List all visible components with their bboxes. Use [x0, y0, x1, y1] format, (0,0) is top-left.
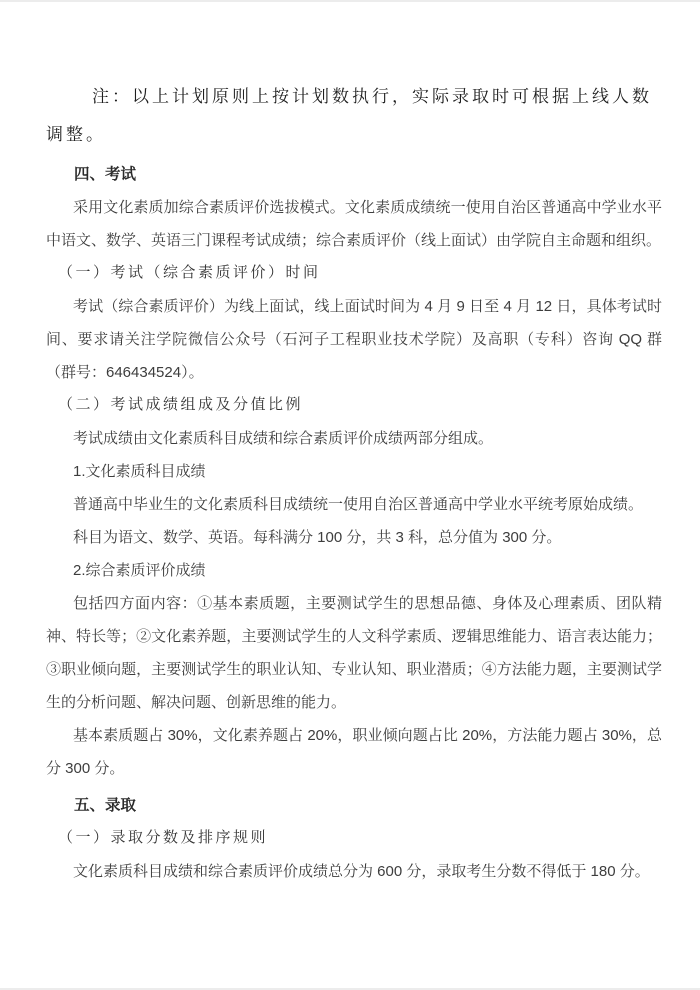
item-cultural-quality-score: 1.文化素质科目成绩: [46, 455, 662, 488]
section-heading-admission: 五、录取: [46, 789, 662, 822]
paragraph-exam-time-details: 考试（综合素质评价）为线上面试，线上面试时间为 4 月 9 日至 4 月 12 …: [46, 290, 662, 389]
item-comprehensive-evaluation-score: 2.综合素质评价成绩: [46, 554, 662, 587]
paragraph-exam-mode: 采用文化素质加综合素质评价选拔模式。文化素质成绩统一使用自治区普通高中学业水平中…: [46, 191, 662, 257]
paragraph-cultural-quality-subjects: 科目为语文、数学、英语。每科满分 100 分，共 3 科，总分值为 300 分。: [46, 521, 662, 554]
note-paragraph: 注：以上计划原则上按计划数执行，实际录取时可根据上线人数调整。: [46, 78, 662, 154]
paragraph-score-composition: 考试成绩由文化素质科目成绩和综合素质评价成绩两部分组成。: [46, 422, 662, 455]
paragraph-admission-score: 文化素质科目成绩和综合素质评价成绩总分为 600 分，录取考生分数不得低于 18…: [46, 855, 662, 888]
subheading-exam-time: （一）考试（综合素质评价）时间: [46, 257, 662, 290]
paragraph-evaluation-weights: 基本素质题占 30%，文化素养题占 20%，职业倾向题占比 20%，方法能力题占…: [46, 719, 662, 785]
paragraph-cultural-quality-source: 普通高中毕业生的文化素质科目成绩统一使用自治区普通高中学业水平统考原始成绩。: [46, 488, 662, 521]
paragraph-evaluation-content: 包括四方面内容：①基本素质题，主要测试学生的思想品德、身体及心理素质、团队精神、…: [46, 587, 662, 719]
document-body: 注：以上计划原则上按计划数执行，实际录取时可根据上线人数调整。 四、考试 采用文…: [46, 78, 662, 888]
subheading-admission-rules: （一）录取分数及排序规则: [46, 822, 662, 855]
page-top-edge-line: [0, 0, 700, 2]
document-page: { "page": { "background_color": "#ffffff…: [0, 0, 700, 990]
subheading-score-composition: （二）考试成绩组成及分值比例: [46, 389, 662, 422]
section-heading-exam: 四、考试: [46, 158, 662, 191]
